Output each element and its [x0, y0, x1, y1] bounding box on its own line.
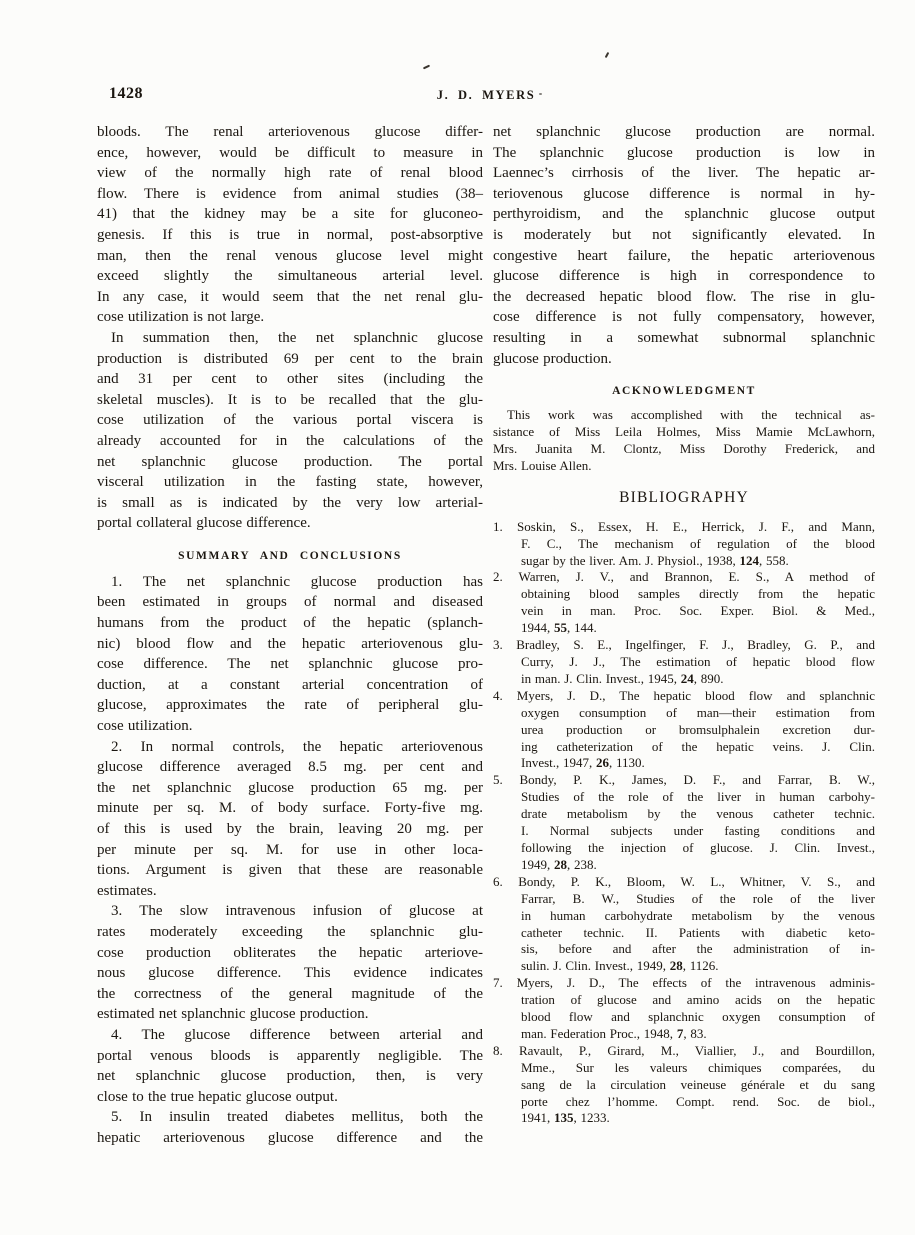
text-line: following the injection of glucose. J. C…: [493, 840, 875, 857]
text-line: 4. The glucose difference between arteri…: [97, 1025, 483, 1046]
text-line: been estimated in groups of normal and d…: [97, 592, 483, 613]
bibliography: 1. Soskin, S., Essex, H. E., Herrick, J.…: [493, 519, 875, 1128]
text-line: of this is used by the brain, leaving 20…: [97, 819, 483, 840]
text-line: sugar by the liver. Am. J. Physiol., 193…: [493, 553, 875, 570]
text-line: is moderately but not significantly elev…: [493, 225, 875, 246]
text-line: close to the true hepatic glucose output…: [97, 1087, 483, 1108]
text-line: already accounted for in the calculation…: [97, 431, 483, 452]
text-line: 5. In insulin treated diabetes mellitus,…: [97, 1107, 483, 1128]
text-line: visceral utilization in the fasting stat…: [97, 472, 483, 493]
text-line: 1949, 28, 238.: [493, 857, 875, 874]
text-line: sulin. J. Clin. Invest., 1949, 28, 1126.: [493, 958, 875, 975]
text-line: cose utilization of the various portal v…: [97, 410, 483, 431]
conclusion-point-2: 2. In normal controls, the hepatic arter…: [97, 737, 483, 902]
text-line: exceed slightly the simultaneous arteria…: [97, 266, 483, 287]
text-line: cose difference. The net splanchnic gluc…: [97, 654, 483, 675]
acknowledgment-heading: ACKNOWLEDGMENT: [493, 385, 875, 397]
text-line: The splanchnic glucose production is low…: [493, 143, 875, 164]
text-line: cose difference is not fully compensator…: [493, 307, 875, 328]
text-line: catheter technic. II. Patients with diab…: [493, 925, 875, 942]
text-line: 1. Soskin, S., Essex, H. E., Herrick, J.…: [493, 519, 875, 536]
text-line: glucose difference averaged 8.5 mg. per …: [97, 757, 483, 778]
text-line: sis, before and after the administration…: [493, 941, 875, 958]
text-line: man. Federation Proc., 1948, 7, 83.: [493, 1026, 875, 1043]
text-line: 7. Myers, J. D., The effects of the intr…: [493, 975, 875, 992]
text-line: 1941, 135, 1233.: [493, 1110, 875, 1127]
text-line: oxygen consumption of man—their estimati…: [493, 705, 875, 722]
text-line: Studies of the role of the liver in huma…: [493, 789, 875, 806]
text-line: cose utilization is not large.: [97, 307, 483, 328]
text-line: In summation then, the net splanchnic gl…: [97, 328, 483, 349]
conclusion-point-5: 5. In insulin treated diabetes mellitus,…: [97, 1107, 483, 1148]
text-line: estimates.: [97, 881, 483, 902]
bibliography-entry: 5. Bondy, P. K., James, D. F., and Farra…: [493, 772, 875, 873]
text-line: 6. Bondy, P. K., Bloom, W. L., Whitner, …: [493, 874, 875, 891]
bibliography-entry: 6. Bondy, P. K., Bloom, W. L., Whitner, …: [493, 874, 875, 975]
text-line: 1944, 55, 144.: [493, 620, 875, 637]
text-line: glucose, approximates the rate of periph…: [97, 695, 483, 716]
text-line: This work was accomplished with the tech…: [493, 407, 875, 424]
text-line: teriovenous glucose difference is normal…: [493, 184, 875, 205]
text-line: the decreased hepatic blood flow. The ri…: [493, 287, 875, 308]
text-line: net splanchnic glucose production, then,…: [97, 1066, 483, 1087]
page-header: 1428 J. D. MYERS: [97, 85, 875, 105]
text-line: urea production or bromsulphalein excret…: [493, 722, 875, 739]
text-line: glucose production.: [493, 349, 875, 370]
acknowledgment-paragraph: This work was accomplished with the tech…: [493, 407, 875, 475]
text-line: the net splanchnic glucose production 65…: [97, 778, 483, 799]
text-line: Mrs. Louise Allen.: [493, 458, 875, 475]
text-line: In any case, it would seem that the net …: [97, 287, 483, 308]
bibliography-heading: BIBLIOGRAPHY: [493, 489, 875, 507]
text-line: 5. Bondy, P. K., James, D. F., and Farra…: [493, 772, 875, 789]
text-line: in human carbohydrate metabolism by the …: [493, 908, 875, 925]
text-line: in man. J. Clin. Invest., 1945, 24, 890.: [493, 671, 875, 688]
text-line: is small as is indicated by the very low…: [97, 493, 483, 514]
text-line: tions. Argument is given that these are …: [97, 860, 483, 881]
paragraph-summation: In summation then, the net splanchnic gl…: [97, 328, 483, 534]
right-column: net splanchnic glucose production are no…: [493, 122, 875, 1149]
text-line: cose utilization.: [97, 716, 483, 737]
conclusion-point-1: 1. The net splanchnic glucose production…: [97, 572, 483, 737]
left-column: bloods. The renal arteriovenous glucose …: [97, 122, 483, 1149]
text-line: blood flow and splanchnic oxygen consump…: [493, 1009, 875, 1026]
paragraph-renal: bloods. The renal arteriovenous glucose …: [97, 122, 483, 328]
bibliography-entry: 8. Ravault, P., Girard, M., Viallier, J.…: [493, 1043, 875, 1128]
bibliography-entry: 1. Soskin, S., Essex, H. E., Herrick, J.…: [493, 519, 875, 570]
text-line: 2. In normal controls, the hepatic arter…: [97, 737, 483, 758]
text-line: 1. The net splanchnic glucose production…: [97, 572, 483, 593]
text-line: skeletal muscles). It is to be recalled …: [97, 390, 483, 411]
scan-speck: [605, 52, 610, 58]
text-line: resulting in a somewhat subnormal splanc…: [493, 328, 875, 349]
text-line: perthyroidism, and the splanchnic glucos…: [493, 204, 875, 225]
text-line: Farrar, B. W., Studies of the role of th…: [493, 891, 875, 908]
text-line: per minute per sq. M. for use in other l…: [97, 840, 483, 861]
text-line: nic) blood flow and the hepatic arteriov…: [97, 634, 483, 655]
text-line: obtaining blood samples directly from th…: [493, 586, 875, 603]
conclusion-point-3: 3. The slow intravenous infusion of gluc…: [97, 901, 483, 1025]
text-line: F. C., The mechanism of regulation of th…: [493, 536, 875, 553]
text-line: duction, at a constant arterial concentr…: [97, 675, 483, 696]
bibliography-entry: 7. Myers, J. D., The effects of the intr…: [493, 975, 875, 1043]
text-line: sang de la circulation veineuse générale…: [493, 1077, 875, 1094]
text-line: 8. Ravault, P., Girard, M., Viallier, J.…: [493, 1043, 875, 1060]
text-line: minute per sq. M. of body surface. Forty…: [97, 798, 483, 819]
text-line: sistance of Miss Leila Holmes, Miss Mami…: [493, 424, 875, 441]
journal-page: 1428 J. D. MYERS bloods. The renal arter…: [0, 0, 915, 1235]
text-line: vein in man. Proc. Soc. Exper. Biol. & M…: [493, 603, 875, 620]
text-line: view of the normally high rate of renal …: [97, 163, 483, 184]
bibliography-entry: 2. Warren, J. V., and Brannon, E. S., A …: [493, 569, 875, 637]
text-line: nous glucose difference. This evidence i…: [97, 963, 483, 984]
text-line: tration of glucose and amino acids on th…: [493, 992, 875, 1009]
text-line: production is distributed 69 per cent to…: [97, 349, 483, 370]
text-line: ing catheterization of the hepatic veins…: [493, 739, 875, 756]
text-line: porte chez l’homme. Compt. rend. Soc. de…: [493, 1094, 875, 1111]
text-line: humans from the product of the hepatic (…: [97, 613, 483, 634]
text-line: and 31 per cent to other sites (includin…: [97, 369, 483, 390]
text-line: I. Normal subjects under fasting conditi…: [493, 823, 875, 840]
text-line: ence, however, would be difficult to mea…: [97, 143, 483, 164]
two-column-body: bloods. The renal arteriovenous glucose …: [97, 122, 875, 1149]
text-line: rates moderately exceeding the splanchni…: [97, 922, 483, 943]
text-line: drate metabolism by the venous catheter …: [493, 806, 875, 823]
text-line: net splanchnic glucose production. The p…: [97, 452, 483, 473]
text-line: 3. The slow intravenous infusion of gluc…: [97, 901, 483, 922]
text-line: estimated net splanchnic glucose product…: [97, 1004, 483, 1025]
summary-heading: SUMMARY AND CONCLUSIONS: [97, 550, 483, 562]
text-line: bloods. The renal arteriovenous glucose …: [97, 122, 483, 143]
text-line: Laennec’s cirrhosis of the liver. The he…: [493, 163, 875, 184]
text-line: genesis. If this is true in normal, post…: [97, 225, 483, 246]
text-line: Mrs. Juanita M. Clontz, Miss Dorothy Fre…: [493, 441, 875, 458]
scan-speck: [539, 93, 542, 95]
text-line: Invest., 1947, 26, 1130.: [493, 755, 875, 772]
text-line: 41) that the kidney may be a site for gl…: [97, 204, 483, 225]
paragraph-continuation: net splanchnic glucose production are no…: [493, 122, 875, 369]
text-line: flow. There is evidence from animal stud…: [97, 184, 483, 205]
conclusion-point-4: 4. The glucose difference between arteri…: [97, 1025, 483, 1107]
text-line: portal collateral glucose difference.: [97, 513, 483, 534]
text-line: 2. Warren, J. V., and Brannon, E. S., A …: [493, 569, 875, 586]
text-line: congestive heart failure, the hepatic ar…: [493, 246, 875, 267]
text-line: portal venous bloods is apparently negli…: [97, 1046, 483, 1067]
text-line: Curry, J. J., The estimation of hepatic …: [493, 654, 875, 671]
text-line: Mme., Sur les valeurs chimiques comparée…: [493, 1060, 875, 1077]
bibliography-entry: 3. Bradley, S. E., Ingelfinger, F. J., B…: [493, 637, 875, 688]
text-line: cose production obliterates the hepatic …: [97, 943, 483, 964]
text-line: 4. Myers, J. D., The hepatic blood flow …: [493, 688, 875, 705]
running-head: J. D. MYERS: [97, 88, 875, 103]
text-line: hepatic arteriovenous glucose difference…: [97, 1128, 483, 1149]
bibliography-entry: 4. Myers, J. D., The hepatic blood flow …: [493, 688, 875, 773]
text-line: net splanchnic glucose production are no…: [493, 122, 875, 143]
text-line: glucose difference is high in correspond…: [493, 266, 875, 287]
text-line: man, then the renal venous glucose level…: [97, 246, 483, 267]
text-line: 3. Bradley, S. E., Ingelfinger, F. J., B…: [493, 637, 875, 654]
scan-speck: [423, 65, 430, 70]
text-line: the correctness of the general magnitude…: [97, 984, 483, 1005]
